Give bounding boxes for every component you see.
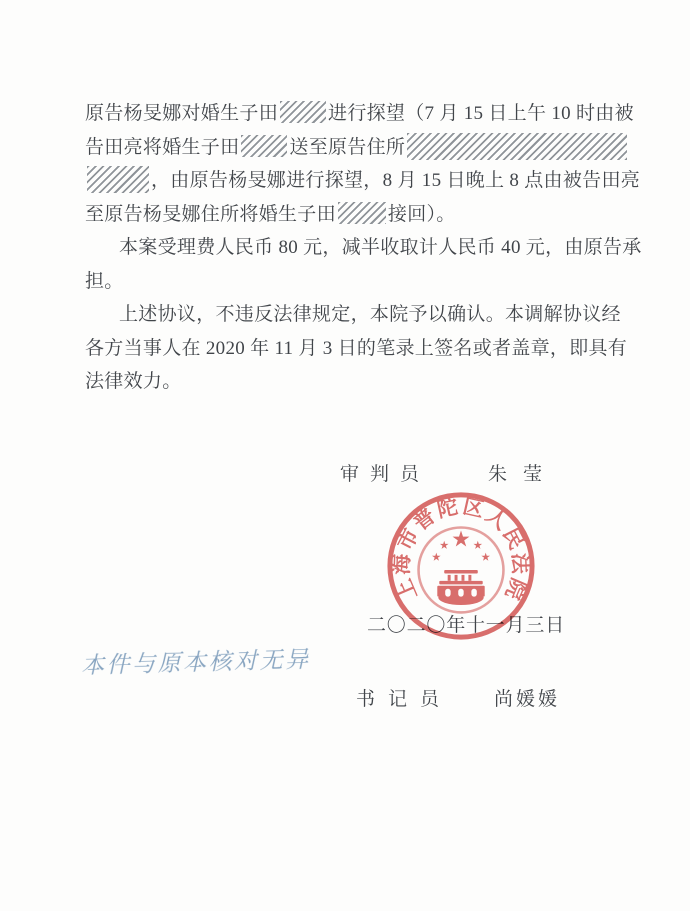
body-line: 上述协议，不违反法律规定，本院予以确认。本调解协议经 — [85, 298, 637, 332]
judge-signature-line: 审判员 朱莹 — [340, 459, 558, 486]
body-text-segment: 上述协议，不违反法律规定，本院予以确认。本调解协议经 — [119, 304, 621, 325]
body-line: ，由原告杨旻娜进行探望，8 月 15 日晚上 8 点由被告田亮 — [85, 164, 637, 198]
body-text-segment: 法律效力。 — [85, 371, 182, 392]
body-text-segment: ，由原告杨旻娜进行探望，8 月 15 日晚上 8 点由被告田亮 — [151, 170, 640, 191]
body-text-segment: 原告杨旻娜对婚生子田 — [85, 103, 278, 124]
body-line: 告田亮将婚生子田送至原告住所 — [85, 131, 637, 165]
body-line: 各方当事人在 2020 年 11 月 3 日的笔录上签名或者盖章，即具有 — [85, 332, 637, 366]
body-line: 本案受理费人民币 80 元，减半收取计人民币 40 元，由原告承 — [85, 231, 637, 265]
document-body: 原告杨旻娜对婚生子田进行探望（7 月 15 日上午 10 时由被告田亮将婚生子田… — [85, 97, 637, 399]
redaction-mark — [241, 135, 287, 157]
body-line: 担。 — [85, 265, 637, 299]
body-text-segment: 进行探望（7 月 15 日上午 10 时由被 — [328, 103, 634, 124]
judge-role-label: 审判员 — [340, 459, 430, 486]
body-line: 至原告杨旻娜住所将婚生子田接回）。 — [85, 198, 637, 232]
body-text-segment: 接回）。 — [388, 204, 456, 225]
national-emblem-icon — [419, 527, 504, 612]
body-text-segment: 至原告杨旻娜住所将婚生子田 — [85, 204, 336, 225]
redaction-mark — [407, 133, 627, 160]
body-text-segment: 告田亮将婚生子田 — [85, 137, 239, 158]
body-line: 原告杨旻娜对婚生子田进行探望（7 月 15 日上午 10 时由被 — [85, 97, 637, 131]
redaction-mark — [87, 166, 149, 193]
verification-note-handwriting: 本件与原本核对无异 — [81, 641, 311, 680]
clerk-role-label: 书记员 — [356, 684, 452, 711]
redaction-mark — [280, 101, 326, 123]
redaction-mark — [338, 202, 386, 224]
body-text-segment: 送至原告住所 — [289, 137, 405, 158]
body-line: 法律效力。 — [85, 365, 637, 399]
judge-name: 朱莹 — [488, 459, 558, 486]
tiananmen-gate-icon — [437, 570, 484, 605]
body-text-segment: 担。 — [85, 271, 124, 292]
clerk-name: 尚媛媛 — [494, 684, 560, 711]
scanned-court-document-page: 原告杨旻娜对婚生子田进行探望（7 月 15 日上午 10 时由被告田亮将婚生子田… — [0, 0, 690, 911]
body-text-segment: 本案受理费人民币 80 元，减半收取计人民币 40 元，由原告承 — [119, 237, 642, 258]
clerk-signature-line: 书记员 尚媛媛 — [356, 684, 560, 711]
body-text-segment: 各方当事人在 2020 年 11 月 3 日的笔录上签名或者盖章，即具有 — [85, 338, 627, 359]
court-seal: 上海市普陀区人民法院 — [382, 487, 540, 645]
